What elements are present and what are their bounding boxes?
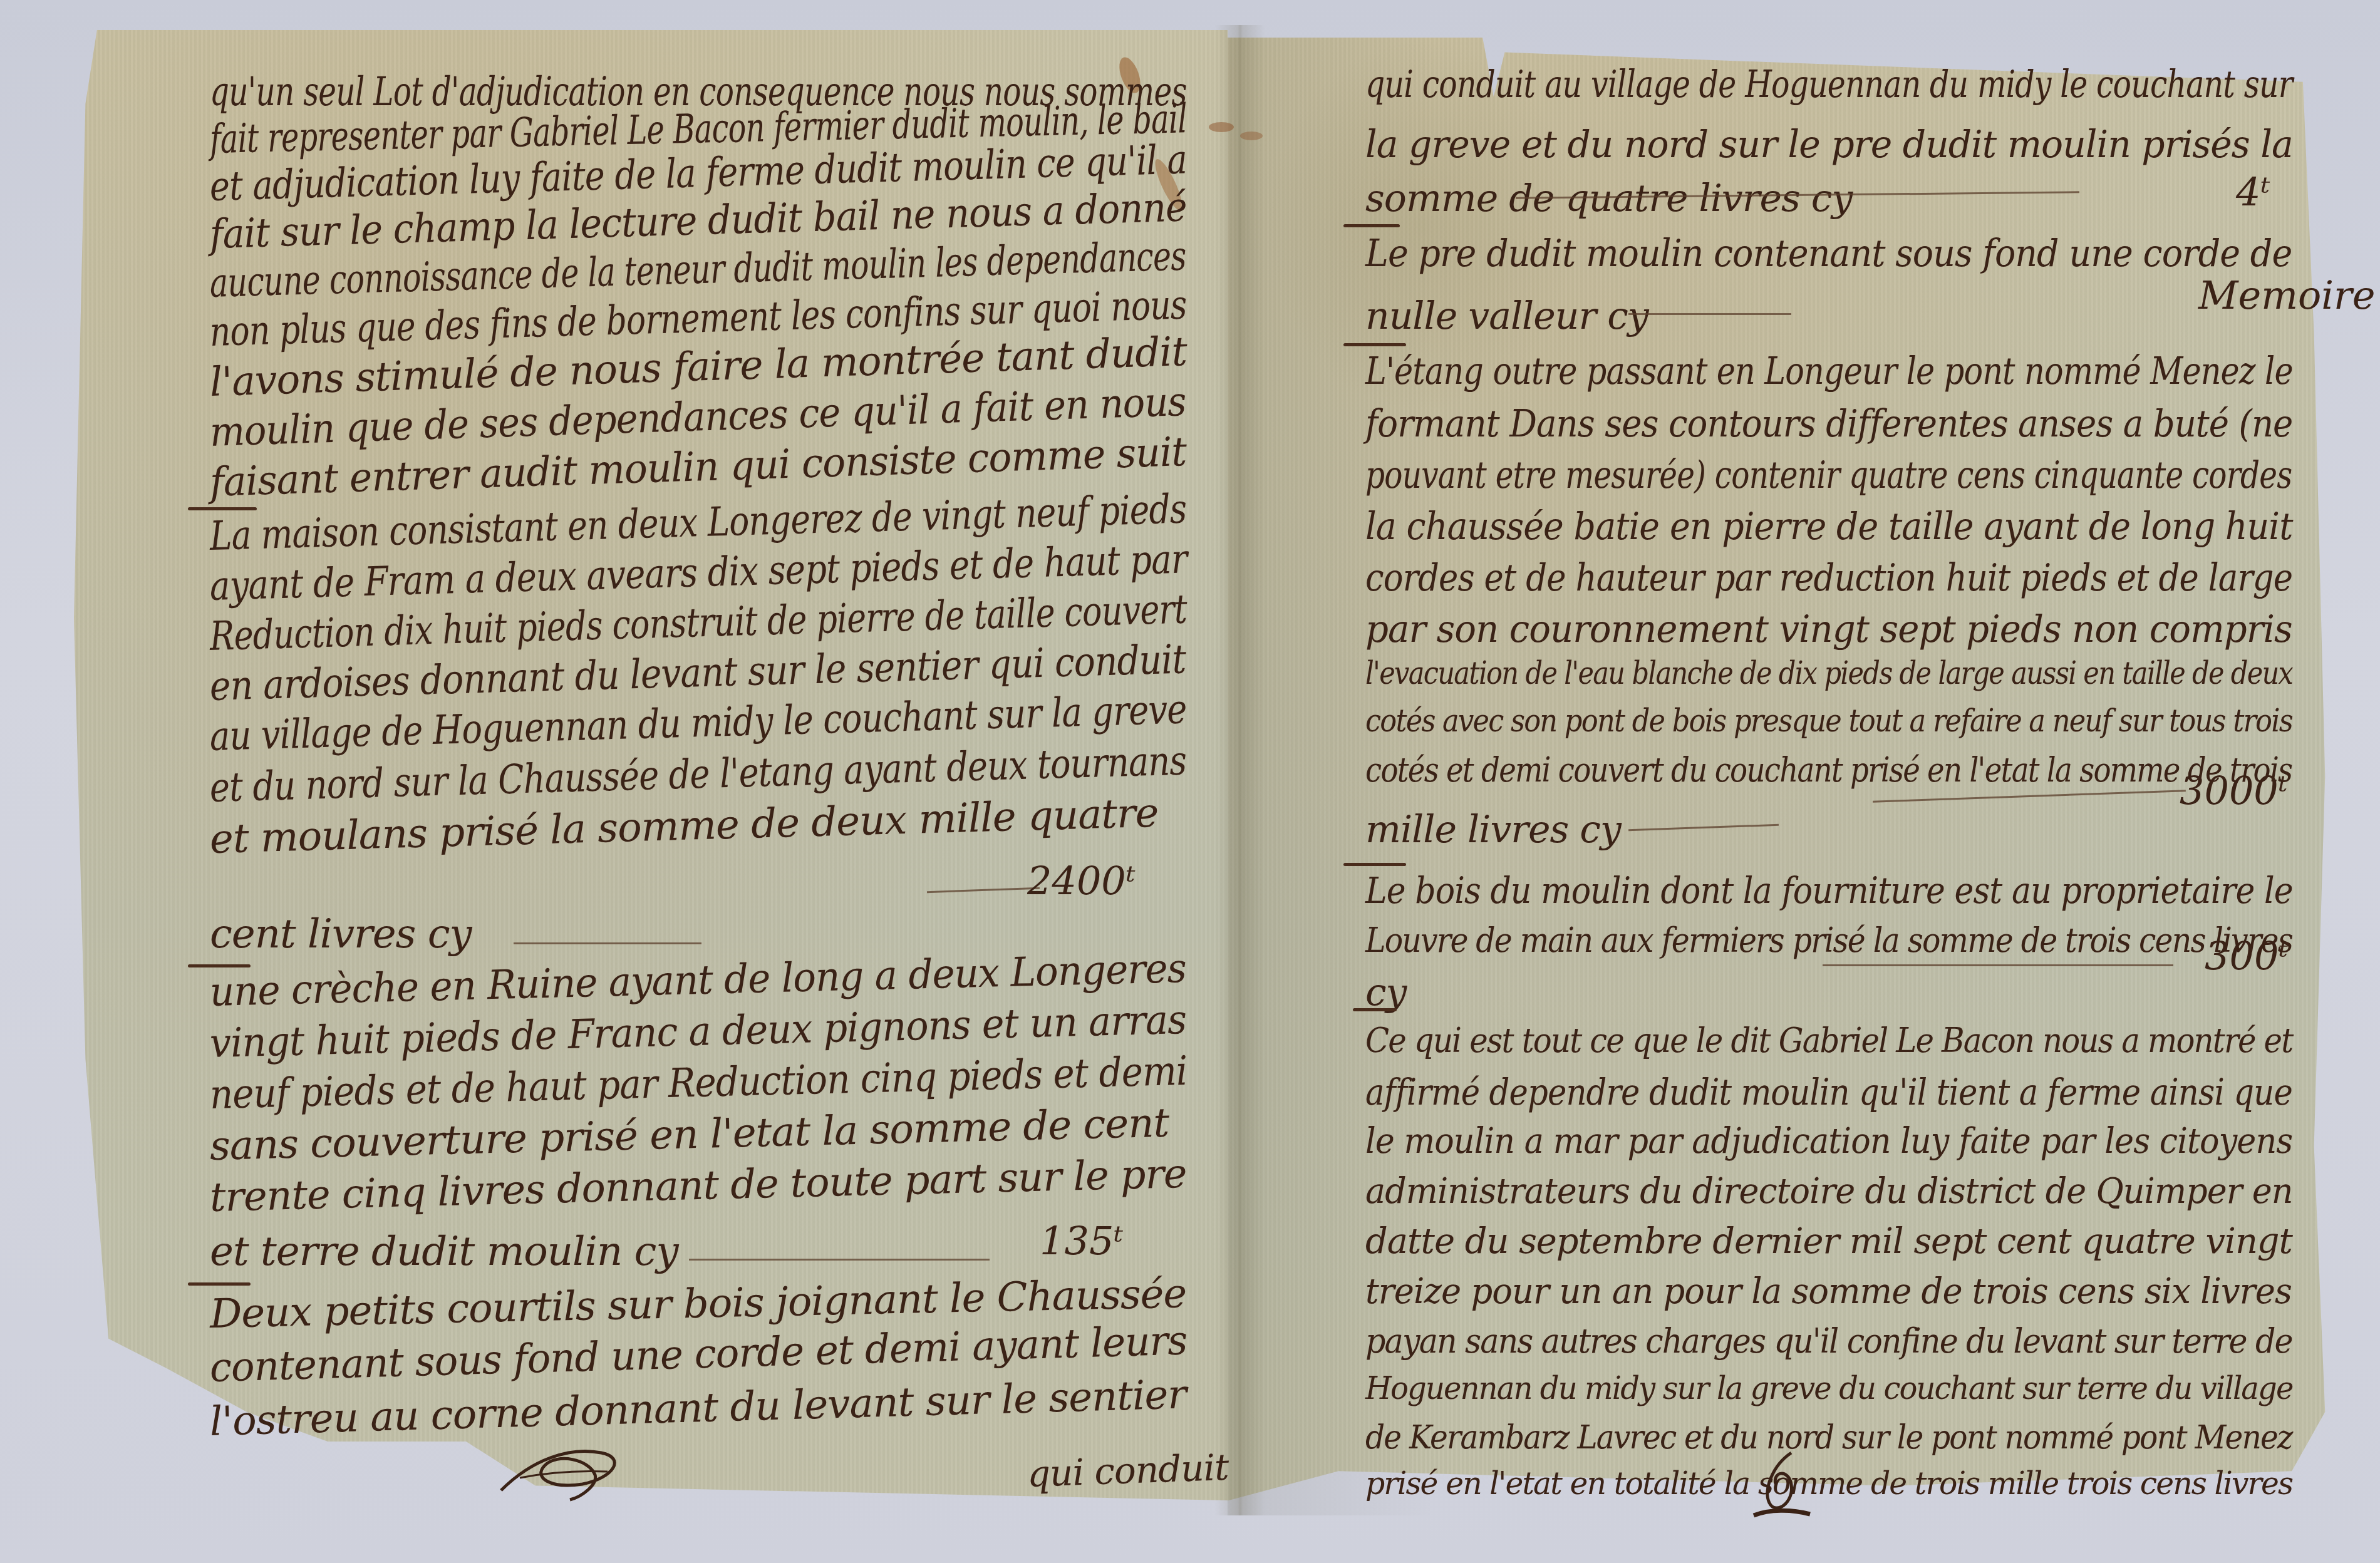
manuscript-line: pouvant etre mesurée) contenir quatre ce…	[1365, 453, 2292, 497]
manuscript-line: qui conduit	[1027, 1446, 1229, 1495]
section-rule	[188, 1282, 251, 1286]
amount-4: 4ᵗ	[2236, 169, 2270, 215]
leader-dash	[689, 1259, 990, 1261]
manuscript-line: somme de quatre livres cy	[1365, 177, 1852, 220]
manuscript-line: Louvre de main aux fermiers prisé la som…	[1365, 921, 2292, 960]
manuscript-line: Le pre dudit moulin contenant sous fond …	[1365, 232, 2292, 276]
rust-stain	[1209, 122, 1234, 132]
manuscript-line: la greve et du nord sur le pre dudit mou…	[1365, 123, 2293, 167]
rust-stain	[1240, 132, 1263, 140]
manuscript-line: cotés et demi couvert du couchant prisé …	[1365, 750, 2292, 790]
manuscript-line: payan sans autres charges qu'il confine …	[1365, 1321, 2292, 1361]
section-rule	[188, 964, 251, 967]
amount-135: 135ᵗ	[1040, 1218, 1124, 1264]
leader-dash	[1628, 313, 1791, 315]
section-rule	[1343, 224, 1400, 227]
manuscript-line: formant Dans ses contours differentes an…	[1365, 402, 2292, 446]
manuscript-line: datte du septembre dernier mil sept cent…	[1365, 1221, 2292, 1262]
manuscript-line: L'étang outre passant en Longeur le pont…	[1365, 349, 2293, 393]
paraph-flourish-icon	[495, 1434, 633, 1503]
manuscript-line: cordes et de hauteur par reduction huit …	[1365, 556, 2292, 600]
manuscript-line: et terre dudit moulin cy	[210, 1229, 678, 1275]
manuscript-line: l'evacuation de l'eau blanche de dix pie…	[1365, 655, 2292, 691]
manuscript-line: mille livres cy	[1365, 808, 1621, 852]
manuscript-line: Ce qui est tout ce que le dit Gabriel Le…	[1365, 1021, 2292, 1060]
manuscript-line: cent livres cy	[210, 911, 472, 957]
section-rule	[188, 507, 257, 510]
manuscript-line: affirmé dependre dudit moulin qu'il tien…	[1365, 1071, 2292, 1113]
section-rule	[1353, 1008, 1397, 1011]
manuscript-line: par son couronnement vingt sept pieds no…	[1365, 607, 2292, 651]
manuscript-line: qui conduit au village de Hoguennan du m…	[1365, 63, 2292, 106]
amount-3000: 3000ᵗ	[2180, 768, 2288, 813]
manuscript-line: prisé en l'etat en totalité la somme de …	[1365, 1465, 2292, 1502]
manuscript-line: treize pour un an pour la somme de trois…	[1365, 1271, 2292, 1312]
amount-2400: 2400ᵗ	[1027, 858, 1136, 904]
amount-memoire: Memoire	[2198, 272, 2375, 318]
manuscript-line: administrateurs du directoire du distric…	[1365, 1171, 2293, 1212]
center-fold	[1215, 25, 1265, 1515]
manuscript-line: nulle valleur cy	[1365, 294, 1648, 338]
amount-300: 300ᵗ	[2205, 933, 2289, 979]
section-rule	[1343, 863, 1406, 866]
manuscript-line: cotés avec son pont de bois presque tout…	[1365, 703, 2292, 739]
section-rule	[1343, 343, 1406, 346]
manuscript-line: Hoguennan du midy sur la greve du coucha…	[1365, 1370, 2293, 1406]
paraph-flourish-icon	[1747, 1447, 1816, 1522]
manuscript-line: la chaussée batie en pierre de taille ay…	[1365, 505, 2292, 549]
manuscript-line: le moulin a mar par adjudication luy fai…	[1365, 1121, 2292, 1162]
manuscript-line: de Kerambarz Lavrec et du nord sur le po…	[1365, 1419, 2292, 1457]
manuscript-line: Le bois du moulin dont la fourniture est…	[1365, 869, 2293, 912]
leader-dash	[1823, 964, 2173, 966]
leader-dash	[514, 942, 701, 944]
